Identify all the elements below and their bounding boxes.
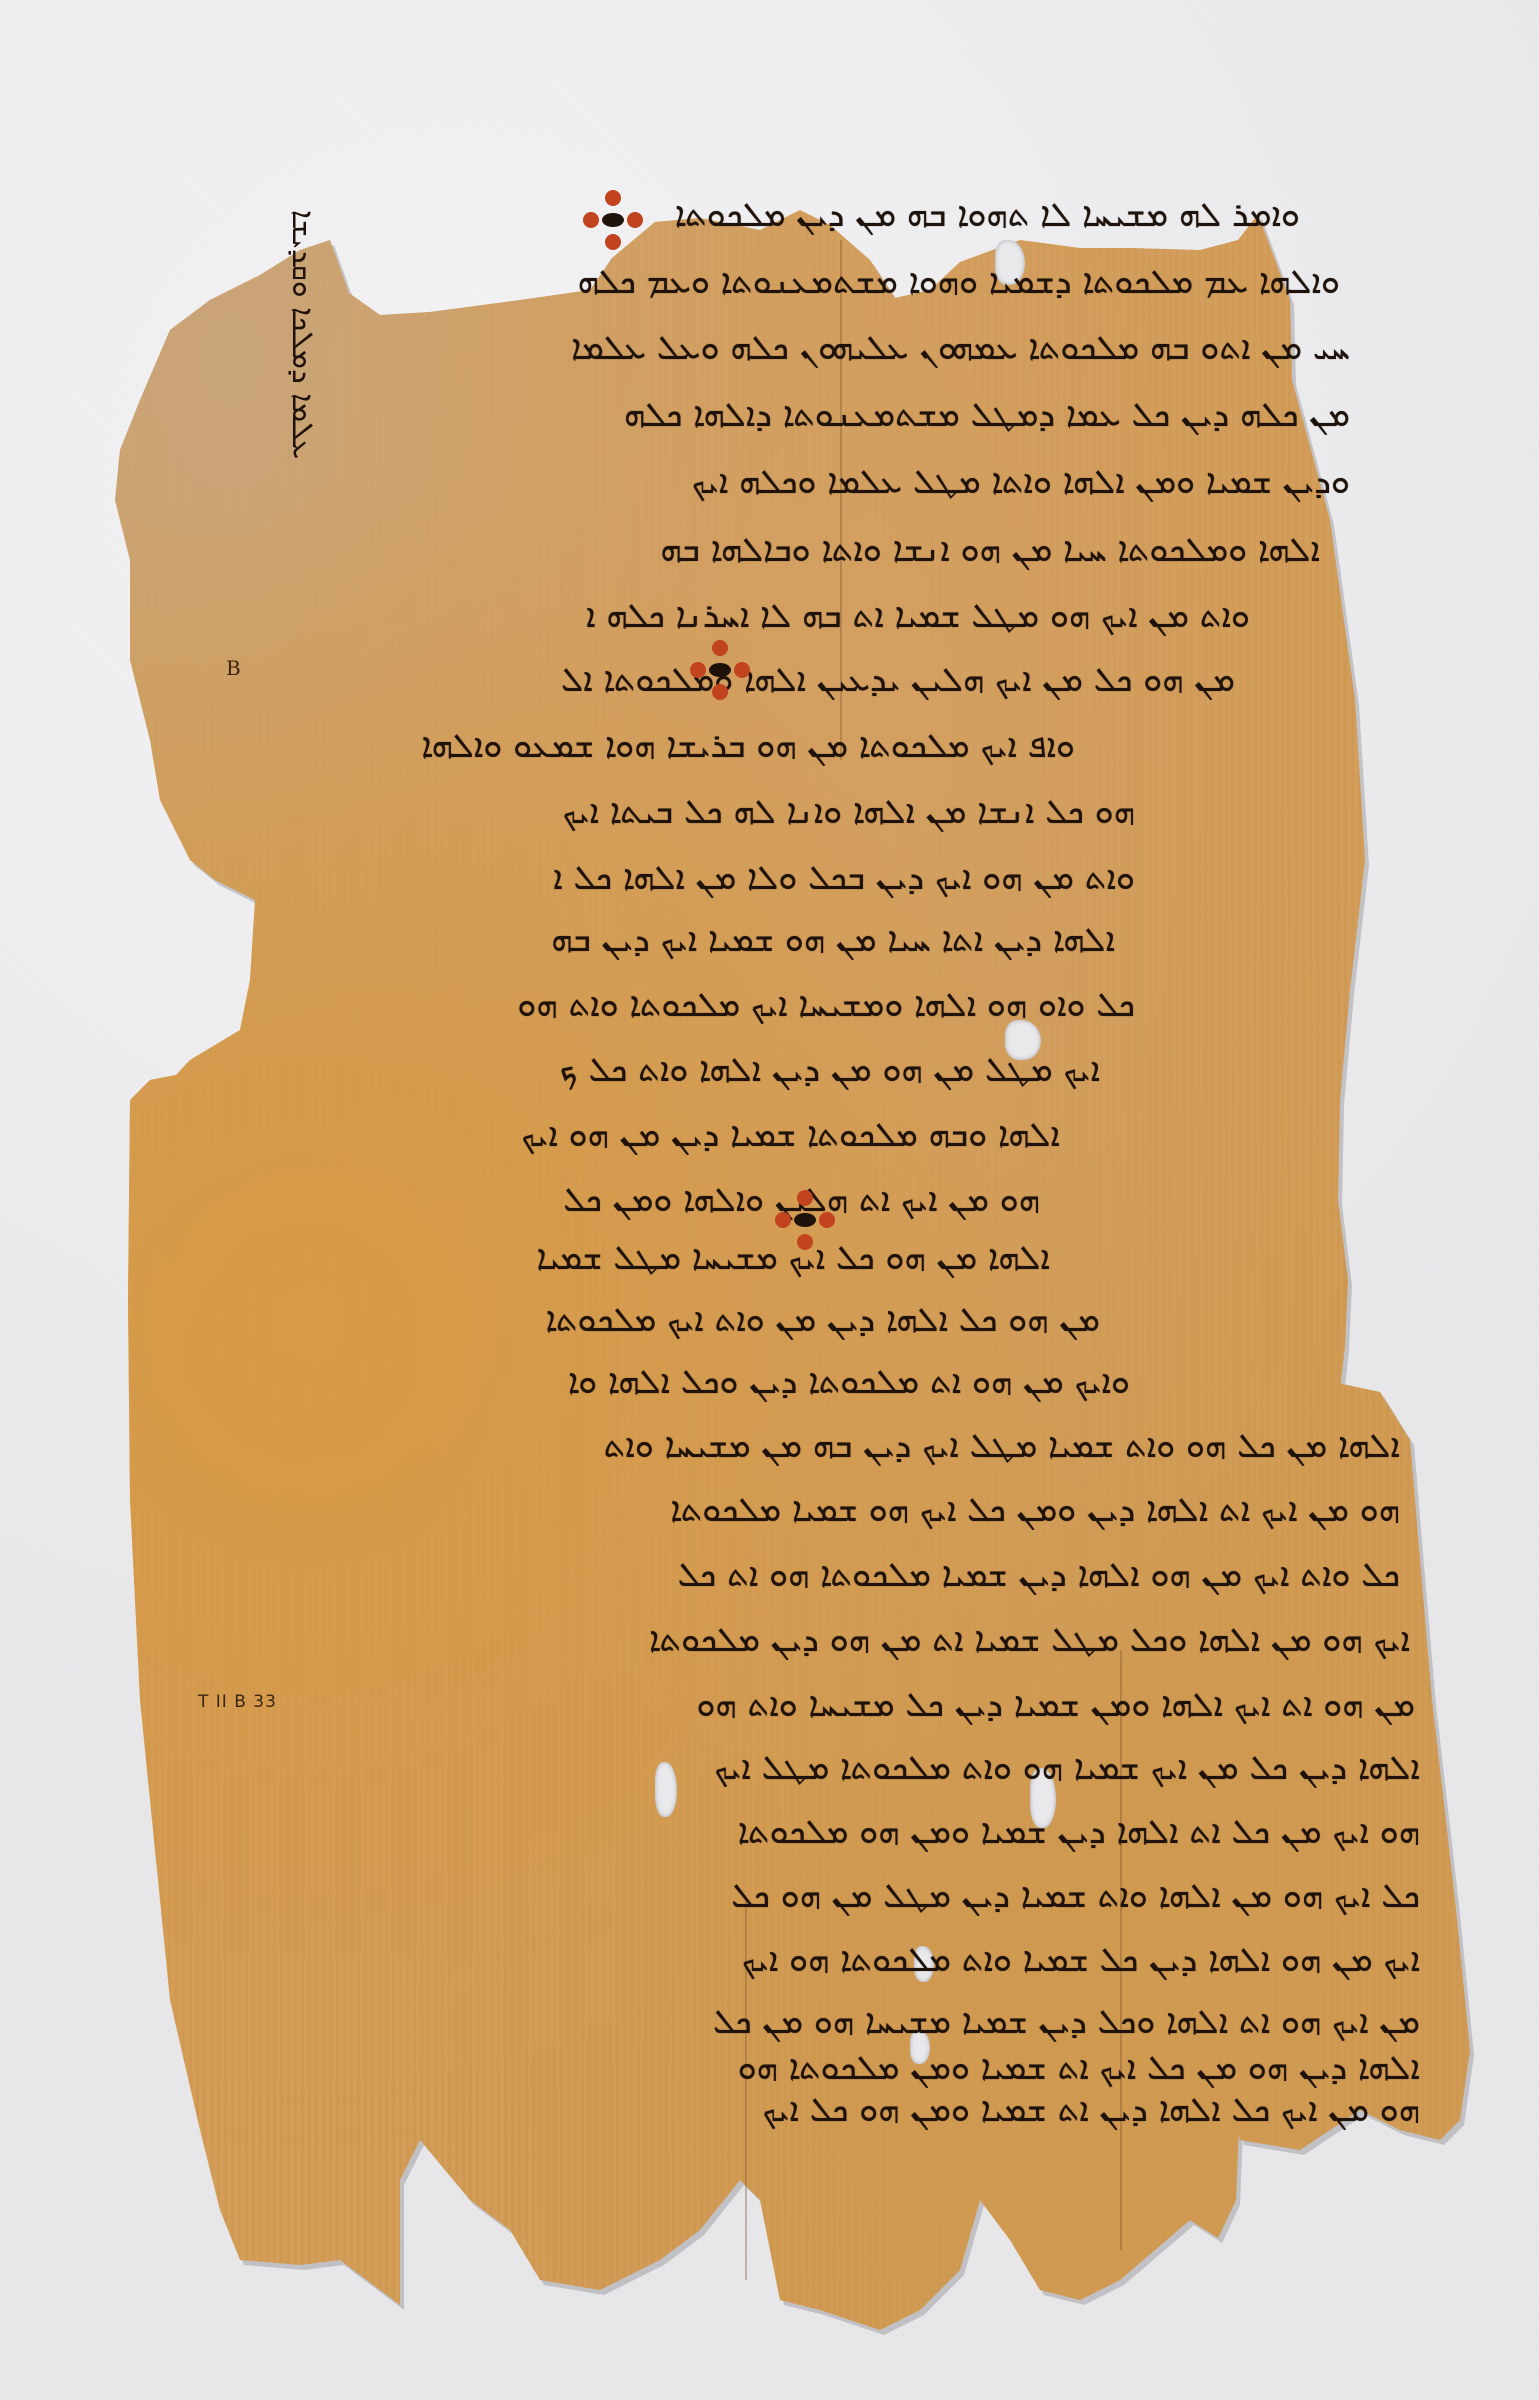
manuscript-line: ܗܘ ܟܠ ܐܢܫܐ ܡܢ ܐܠܗܐ ܘܐܢܐ ܠܗ ܟܠ ܒܝܬܐ ܐܝܟ — [395, 792, 1135, 832]
manuscript-line: ܘܕܝܢ ܫܡܝܐ ܘܡܢ ܐܠܗܐ ܘܐܬܐ ܡܛܠ ܥܠܡܐ ܘܟܠܗ ܐܝ… — [350, 462, 1350, 502]
manuscript-line: ܚܝ ܡܢ ܐܬܘ ܒܗ ܡܠܟܘܬܐ ܥܡܗܘܢ ܥܠܝܗܘܢ ܟܠܗ ܘܥܠ… — [370, 328, 1350, 368]
manuscript-line: ܟܠ ܘܐܬ ܐܝܟ ܡܢ ܗܘ ܐܠܗܐ ܕܝܢ ܫܡܝܐ ܡܠܟܘܬܐ ܗܘ… — [400, 1555, 1400, 1595]
manuscript-line: ܘܐܝܟ ܡܢ ܗܘ ܐܬ ܡܠܟܘܬܐ ܕܝܢ ܘܟܠ ܐܠܗܐ ܘܐ — [400, 1362, 1130, 1402]
manuscript-line: ܐܠܗܐ ܕܝܢ ܗܘ ܡܢ ܟܠ ܐܝܟ ܐܬ ܫܡܝܐ ܘܡܢ ܡܠܟܘܬܐ… — [410, 2048, 1420, 2088]
manuscript-line: ܘܐܦ ܐܝܟ ܡܠܟܘܬܐ ܡܢ ܗܘ ܒܪܝܫܐ ܗܘܐ ܫܡܥܘ ܘܐܠܗ… — [395, 726, 1075, 766]
red-cross-ornament-icon — [690, 640, 750, 700]
manuscript-fragment: ܥܠܡܐ ܕܡܠܟܐ ܘܩܕܝܫܐ B T II B 33 ܘܐܡܪ ܠܗ ܡܫ… — [0, 0, 1539, 2400]
manuscript-line: ܡܢ ܗܘ ܟܠ ܡܢ ܐܝܟ ܗܠܝܢ ܝܕܥܝܢ ܐܠܗܐ ܘܡܠܟܘܬܐ … — [375, 660, 1235, 700]
shelfmark-label: T II B 33 — [198, 1692, 277, 1712]
manuscript-line: ܡܢ ܗܘ ܟܠ ܐܠܗܐ ܕܝܢ ܡܢ ܘܐܬ ܐܝܟ ܡܠܟܘܬܐ — [400, 1300, 1100, 1340]
manuscript-line: ܐܠܗܐ ܕܝܢ ܐܬܐ ܚܝܐ ܡܢ ܗܘ ܫܡܝܐ ܐܝܟ ܕܝܢ ܒܗ — [395, 920, 1115, 960]
manuscript-line: ܗܘ ܐܝܟ ܡܢ ܟܠ ܐܬ ܐܠܗܐ ܕܝܢ ܫܡܝܐ ܘܡܢ ܗܘ ܡܠܟ… — [400, 1812, 1420, 1852]
manuscript-line: ܘܐܡܪ ܠܗ ܡܫܝܚܐ ܠܐ ܬܗܘܐ ܒܗ ܡܢ ܕܝܢ ܡܠܟܘܬܐ — [380, 195, 1300, 235]
red-cross-ornament-icon — [775, 1190, 835, 1250]
manuscript-line: ܐܠܗܐ ܘܡܠܟܘܬܐ ܚܝܐ ܡܢ ܗܘ ܐܢܫܐ ܘܐܬܐ ܘܒܐܠܗܐ … — [360, 530, 1320, 570]
manuscript-line: ܟܠ ܐܝܟ ܗܘ ܡܢ ܐܠܗܐ ܘܐܬ ܫܡܝܐ ܕܝܢ ܡܛܠ ܡܢ ܗܘ… — [400, 1876, 1420, 1916]
manuscript-line: ܐܠܗܐ ܡܢ ܗܘ ܟܠ ܐܝܟ ܡܫܝܚܐ ܡܛܠ ܫܡܝܐ — [400, 1238, 1050, 1278]
manuscript-line: ܘܐܬ ܡܢ ܗܘ ܐܝܟ ܕܝܢ ܒܟܠ ܘܠܐ ܡܢ ܐܠܗܐ ܟܠ ܐ — [395, 858, 1135, 898]
manuscript-line: ܗܘ ܡܢ ܐܝܟ ܟܠ ܐܠܗܐ ܕܝܢ ܐܬ ܫܡܝܐ ܘܡܢ ܗܘ ܟܠ … — [410, 2090, 1420, 2130]
manuscript-line: ܘܐܠܗܐ ܥܡ ܡܠܟܘܬܐ ܕܫܡܝܐ ܘܗܘܐ ܡܫܬܡܥܢܘܬܐ ܘܥܡ… — [380, 262, 1340, 302]
manuscript-line: ܐܠܗܐ ܕܝܢ ܟܠ ܡܢ ܐܝܟ ܫܡܝܐ ܗܘ ܘܐܬ ܡܠܟܘܬܐ ܡܛ… — [400, 1748, 1420, 1788]
manuscript-line: ܐܠܗܐ ܘܒܗ ܡܠܟܘܬܐ ܫܡܝܐ ܕܝܢ ܡܢ ܗܘ ܐܝܟ — [400, 1115, 1060, 1155]
manuscript-line: ܐܠܗܐ ܡܢ ܟܠ ܗܘ ܘܐܬ ܫܡܝܐ ܡܛܠ ܐܝܟ ܕܝܢ ܒܗ ܡܢ… — [400, 1426, 1400, 1466]
manuscript-line: ܟܠ ܘܐܘ ܗܘ ܐܠܗܐ ܘܡܫܝܚܐ ܐܝܟ ܡܠܟܘܬܐ ܘܐܬ ܗܘ — [395, 985, 1135, 1025]
manuscript-line: ܡܢ ܟܠܗ ܕܝܢ ܟܠ ܥܡܐ ܕܡܛܠ ܡܫܬܡܥܢܘܬܐ ܕܐܠܗܐ ܟ… — [360, 395, 1350, 435]
red-cross-ornament-icon — [583, 190, 643, 250]
margin-note: ܥܠܡܐ ܕܡܠܟܐ ܘܩܕܝܫܐ — [285, 210, 320, 459]
manuscript-line: ܡܢ ܗܘ ܐܬ ܐܝܟ ܐܠܗܐ ܘܡܢ ܫܡܝܐ ܕܝܢ ܟܠ ܡܫܝܚܐ … — [400, 1685, 1415, 1725]
b-mark: B — [226, 656, 241, 680]
manuscript-line: ܘܐܬ ܡܢ ܐܝܟ ܗܘ ܡܛܠ ܫܡܝܐ ܐܬ ܒܗ ܠܐ ܐܚܪܢܐ ܟܠ… — [370, 596, 1250, 636]
manuscript-line: ܐܝܟ ܡܛܠ ܡܢ ܗܘ ܡܢ ܕܝܢ ܐܠܗܐ ܘܐܬ ܟܠ ܟ — [400, 1050, 1100, 1090]
manuscript-line: ܐܝܟ ܡܢ ܗܘ ܐܠܗܐ ܕܝܢ ܟܠ ܫܡܝܐ ܘܐܬ ܡܠܟܘܬܐ ܗܘ… — [400, 1940, 1420, 1980]
manuscript-line: ܐܝܟ ܗܘ ܡܢ ܐܠܗܐ ܘܟܠ ܡܛܠ ܫܡܝܐ ܐܬ ܡܢ ܗܘ ܕܝܢ… — [400, 1620, 1410, 1660]
manuscript-line: ܗܘ ܡܢ ܐܝܟ ܐܬ ܐܠܗܐ ܕܝܢ ܘܡܢ ܟܠ ܐܝܟ ܗܘ ܫܡܝܐ… — [400, 1490, 1400, 1530]
manuscript-line: ܡܢ ܐܝܟ ܗܘ ܐܬ ܐܠܗܐ ܘܟܠ ܕܝܢ ܫܡܝܐ ܡܫܝܚܐ ܗܘ … — [410, 2002, 1420, 2042]
manuscript-line: ܗܘ ܡܢ ܐܝܟ ܐܬ ܗܠܝܢ ܘܐܠܗܐ ܘܡܢ ܟܠ — [400, 1180, 1040, 1220]
